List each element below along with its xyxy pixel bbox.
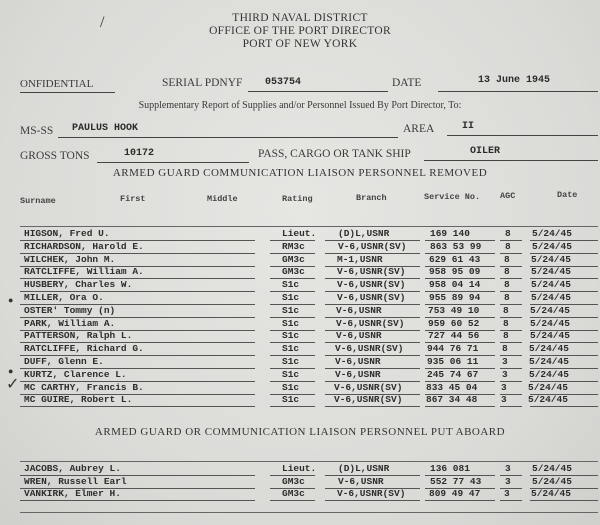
agc-cell: 8 — [502, 343, 508, 354]
branch-cell: (D)L,USNR — [338, 228, 389, 239]
service-no-cell: 867 34 48 — [426, 394, 477, 405]
agc-cell: 8 — [504, 279, 510, 290]
agc-cell: 8 — [503, 330, 509, 341]
surname-first-cell: PATTERSON, Ralph L. — [24, 330, 132, 341]
rating-cell: S1c — [282, 343, 299, 354]
gross-tons-value: 10172 — [124, 148, 154, 159]
surname-first-cell: VANKIRK, Elmer H. — [24, 488, 121, 499]
branch-cell: V-6,USNR(SV) — [336, 318, 404, 329]
agc-cell: 8 — [504, 266, 510, 277]
branch-cell: V-6,USNR(SV) — [334, 394, 402, 405]
col-date: Date — [557, 190, 577, 200]
col-surname: Surname — [20, 196, 56, 206]
surname-first-cell: PARK, William A. — [24, 318, 115, 329]
branch-cell: V-6,USNR — [335, 369, 381, 380]
col-service-no: Service No. — [424, 192, 480, 202]
rating-cell: Lieut. — [282, 463, 316, 474]
rating-cell: S1c — [282, 382, 299, 393]
date-cell: 5/24/45 — [529, 343, 569, 354]
service-no-cell: 727 44 56 — [428, 330, 479, 341]
date-cell: 5/24/45 — [532, 463, 572, 474]
agc-cell: 3 — [501, 394, 507, 405]
branch-cell: V-6,USNR(SV) — [337, 292, 405, 303]
col-branch: Branch — [356, 193, 387, 203]
check-mark-icon: ✓ — [6, 374, 19, 394]
branch-cell: V-6,USNR(SV) — [337, 266, 405, 277]
date-cell: 5/24/45 — [531, 279, 571, 290]
check-mark-icon: / — [100, 14, 104, 32]
ms-ss-label: MS-SS — [20, 125, 53, 137]
branch-cell: V-6,USNR — [338, 476, 384, 487]
rating-cell: S1c — [282, 330, 299, 341]
area-value: II — [462, 121, 474, 132]
agc-cell: 3 — [505, 476, 511, 487]
removed-section-title: ARMED GUARD COMMUNICATION LIAISON PERSON… — [0, 167, 600, 179]
date-cell: 5/24/45 — [531, 266, 571, 277]
service-no-cell: 958 04 14 — [429, 279, 480, 290]
date-cell: 5/24/45 — [530, 305, 570, 316]
rating-cell: Lieut. — [282, 228, 316, 239]
service-no-cell: 629 61 43 — [429, 254, 480, 265]
date-cell: 5/24/45 — [531, 292, 571, 303]
col-agc: AGC — [500, 191, 515, 201]
service-no-cell: 136 081 — [430, 463, 470, 474]
agc-cell: 8 — [503, 305, 509, 316]
agc-cell: 3 — [502, 356, 508, 367]
rating-cell: GM3c — [282, 476, 305, 487]
service-no-cell: 169 140 — [430, 228, 470, 239]
service-no-cell: 935 06 11 — [427, 356, 478, 367]
surname-first-cell: MC CARTHY, Francis B. — [24, 382, 144, 393]
date-cell: 5/24/45 — [532, 241, 572, 252]
surname-first-cell: DUFF, Glenn E. — [24, 356, 104, 367]
area-label: AREA — [403, 123, 434, 135]
rating-cell: GM3c — [282, 254, 305, 265]
service-no-cell: 958 95 09 — [429, 266, 480, 277]
date-cell: 5/24/45 — [532, 228, 572, 239]
report-subtitle: Supplementary Report of Supplies and/or … — [0, 100, 600, 111]
branch-cell: V-6,USNR — [336, 330, 382, 341]
date-value: 13 June 1945 — [478, 75, 550, 86]
branch-cell: V-6,USNR — [335, 356, 381, 367]
rating-cell: S1c — [282, 279, 299, 290]
surname-first-cell: WILCHEK, John M. — [24, 254, 115, 265]
date-cell: 5/24/45 — [531, 254, 571, 265]
service-no-cell: 944 76 71 — [427, 343, 478, 354]
surname-first-cell: RATCLIFFE, William A. — [24, 266, 144, 277]
document-page: THIRD NAVAL DISTRICT OFFICE OF THE PORT … — [0, 0, 600, 525]
branch-cell: V-6,USNR(SV) — [337, 279, 405, 290]
date-label: DATE — [392, 77, 421, 89]
rating-cell: S1c — [282, 356, 299, 367]
date-cell: 5/24/45 — [528, 394, 568, 405]
agc-cell: 8 — [505, 228, 511, 239]
col-middle: Middle — [207, 194, 238, 204]
branch-cell: V-6,USNR — [336, 305, 382, 316]
header-district: THIRD NAVAL DISTRICT — [0, 12, 600, 24]
branch-cell: M-1,USNR — [337, 254, 383, 265]
date-cell: 5/24/45 — [529, 369, 569, 380]
service-no-cell: 863 53 99 — [430, 241, 481, 252]
serial-label: SERIAL PDNYF — [162, 77, 242, 89]
date-cell: 5/24/45 — [529, 356, 569, 367]
date-cell: 5/24/45 — [530, 318, 570, 329]
date-cell: 5/24/45 — [531, 488, 571, 499]
surname-first-cell: JACOBS, Aubrey L. — [24, 463, 121, 474]
col-first: First — [120, 194, 146, 204]
serial-value: 053754 — [265, 77, 301, 88]
rating-cell: S1c — [282, 292, 299, 303]
rating-cell: GM3c — [282, 488, 305, 499]
rating-cell: S1c — [282, 369, 299, 380]
agc-cell: 3 — [505, 463, 511, 474]
agc-cell: 8 — [504, 254, 510, 265]
service-no-cell: 245 74 67 — [427, 369, 478, 380]
gross-tons-label: GROSS TONS — [20, 150, 90, 162]
header-office: OFFICE OF THE PORT DIRECTOR — [0, 25, 600, 37]
service-no-cell: 955 89 94 — [429, 292, 480, 303]
table-row: MC GUIRE, Robert L.S1cV-6,USNR(SV)867 34… — [20, 394, 600, 408]
branch-cell: V-6,USNR(SV) — [337, 488, 405, 499]
surname-first-cell: KURTZ, Clarence L. — [24, 369, 127, 380]
surname-first-cell: RATCLIFFE, Richard G. — [24, 343, 144, 354]
service-no-cell: 833 45 04 — [426, 382, 477, 393]
branch-cell: V-6,USNR(SV) — [335, 343, 403, 354]
date-cell: 5/24/45 — [528, 382, 568, 393]
rating-cell: GM3c — [282, 266, 305, 277]
branch-cell: (D)L,USNR — [338, 463, 389, 474]
service-no-cell: 959 60 52 — [428, 318, 479, 329]
branch-cell: V-6,USNR(SV) — [334, 382, 402, 393]
agc-cell: 3 — [504, 488, 510, 499]
table-row: VANKIRK, Elmer H.GM3cV-6,USNR(SV)809 49 … — [20, 488, 600, 502]
agc-cell: 8 — [504, 292, 510, 303]
agc-cell: 8 — [503, 318, 509, 329]
classification-stamp: ONFIDENTIAL — [20, 78, 93, 90]
rating-cell: S1c — [282, 394, 299, 405]
bullet-mark-icon: ● — [8, 295, 13, 305]
rating-cell: S1c — [282, 305, 299, 316]
ship-type-label: PASS, CARGO OR TANK SHIP — [258, 148, 411, 160]
agc-cell: 3 — [502, 369, 508, 380]
surname-first-cell: HUSBERY, Charles W. — [24, 279, 132, 290]
surname-first-cell: MILLER, Ora O. — [24, 292, 104, 303]
date-cell: 5/24/45 — [532, 476, 572, 487]
date-cell: 5/24/45 — [530, 330, 570, 341]
agc-cell: 8 — [505, 241, 511, 252]
aboard-section-title: ARMED GUARD OR COMMUNICATION LIAISON PER… — [0, 426, 600, 438]
agc-cell: 3 — [501, 382, 507, 393]
col-rating: Rating — [282, 194, 313, 204]
ship-name-value: PAULUS HOOK — [72, 123, 138, 134]
ship-type-value: OILER — [470, 146, 500, 157]
service-no-cell: 552 77 43 — [430, 476, 481, 487]
service-no-cell: 809 49 47 — [429, 488, 480, 499]
branch-cell: V-6,USNR(SV) — [338, 241, 406, 252]
surname-first-cell: MC GUIRE, Robert L. — [24, 394, 132, 405]
surname-first-cell: OSTER' Tommy (n) — [24, 305, 115, 316]
rating-cell: RM3c — [282, 241, 305, 252]
service-no-cell: 753 49 10 — [428, 305, 479, 316]
surname-first-cell: HIGSON, Fred U. — [24, 228, 110, 239]
rating-cell: S1c — [282, 318, 299, 329]
surname-first-cell: WREN, Russell Earl — [24, 476, 127, 487]
header-port: PORT OF NEW YORK — [0, 38, 600, 50]
surname-first-cell: RICHARDSON, Harold E. — [24, 241, 144, 252]
